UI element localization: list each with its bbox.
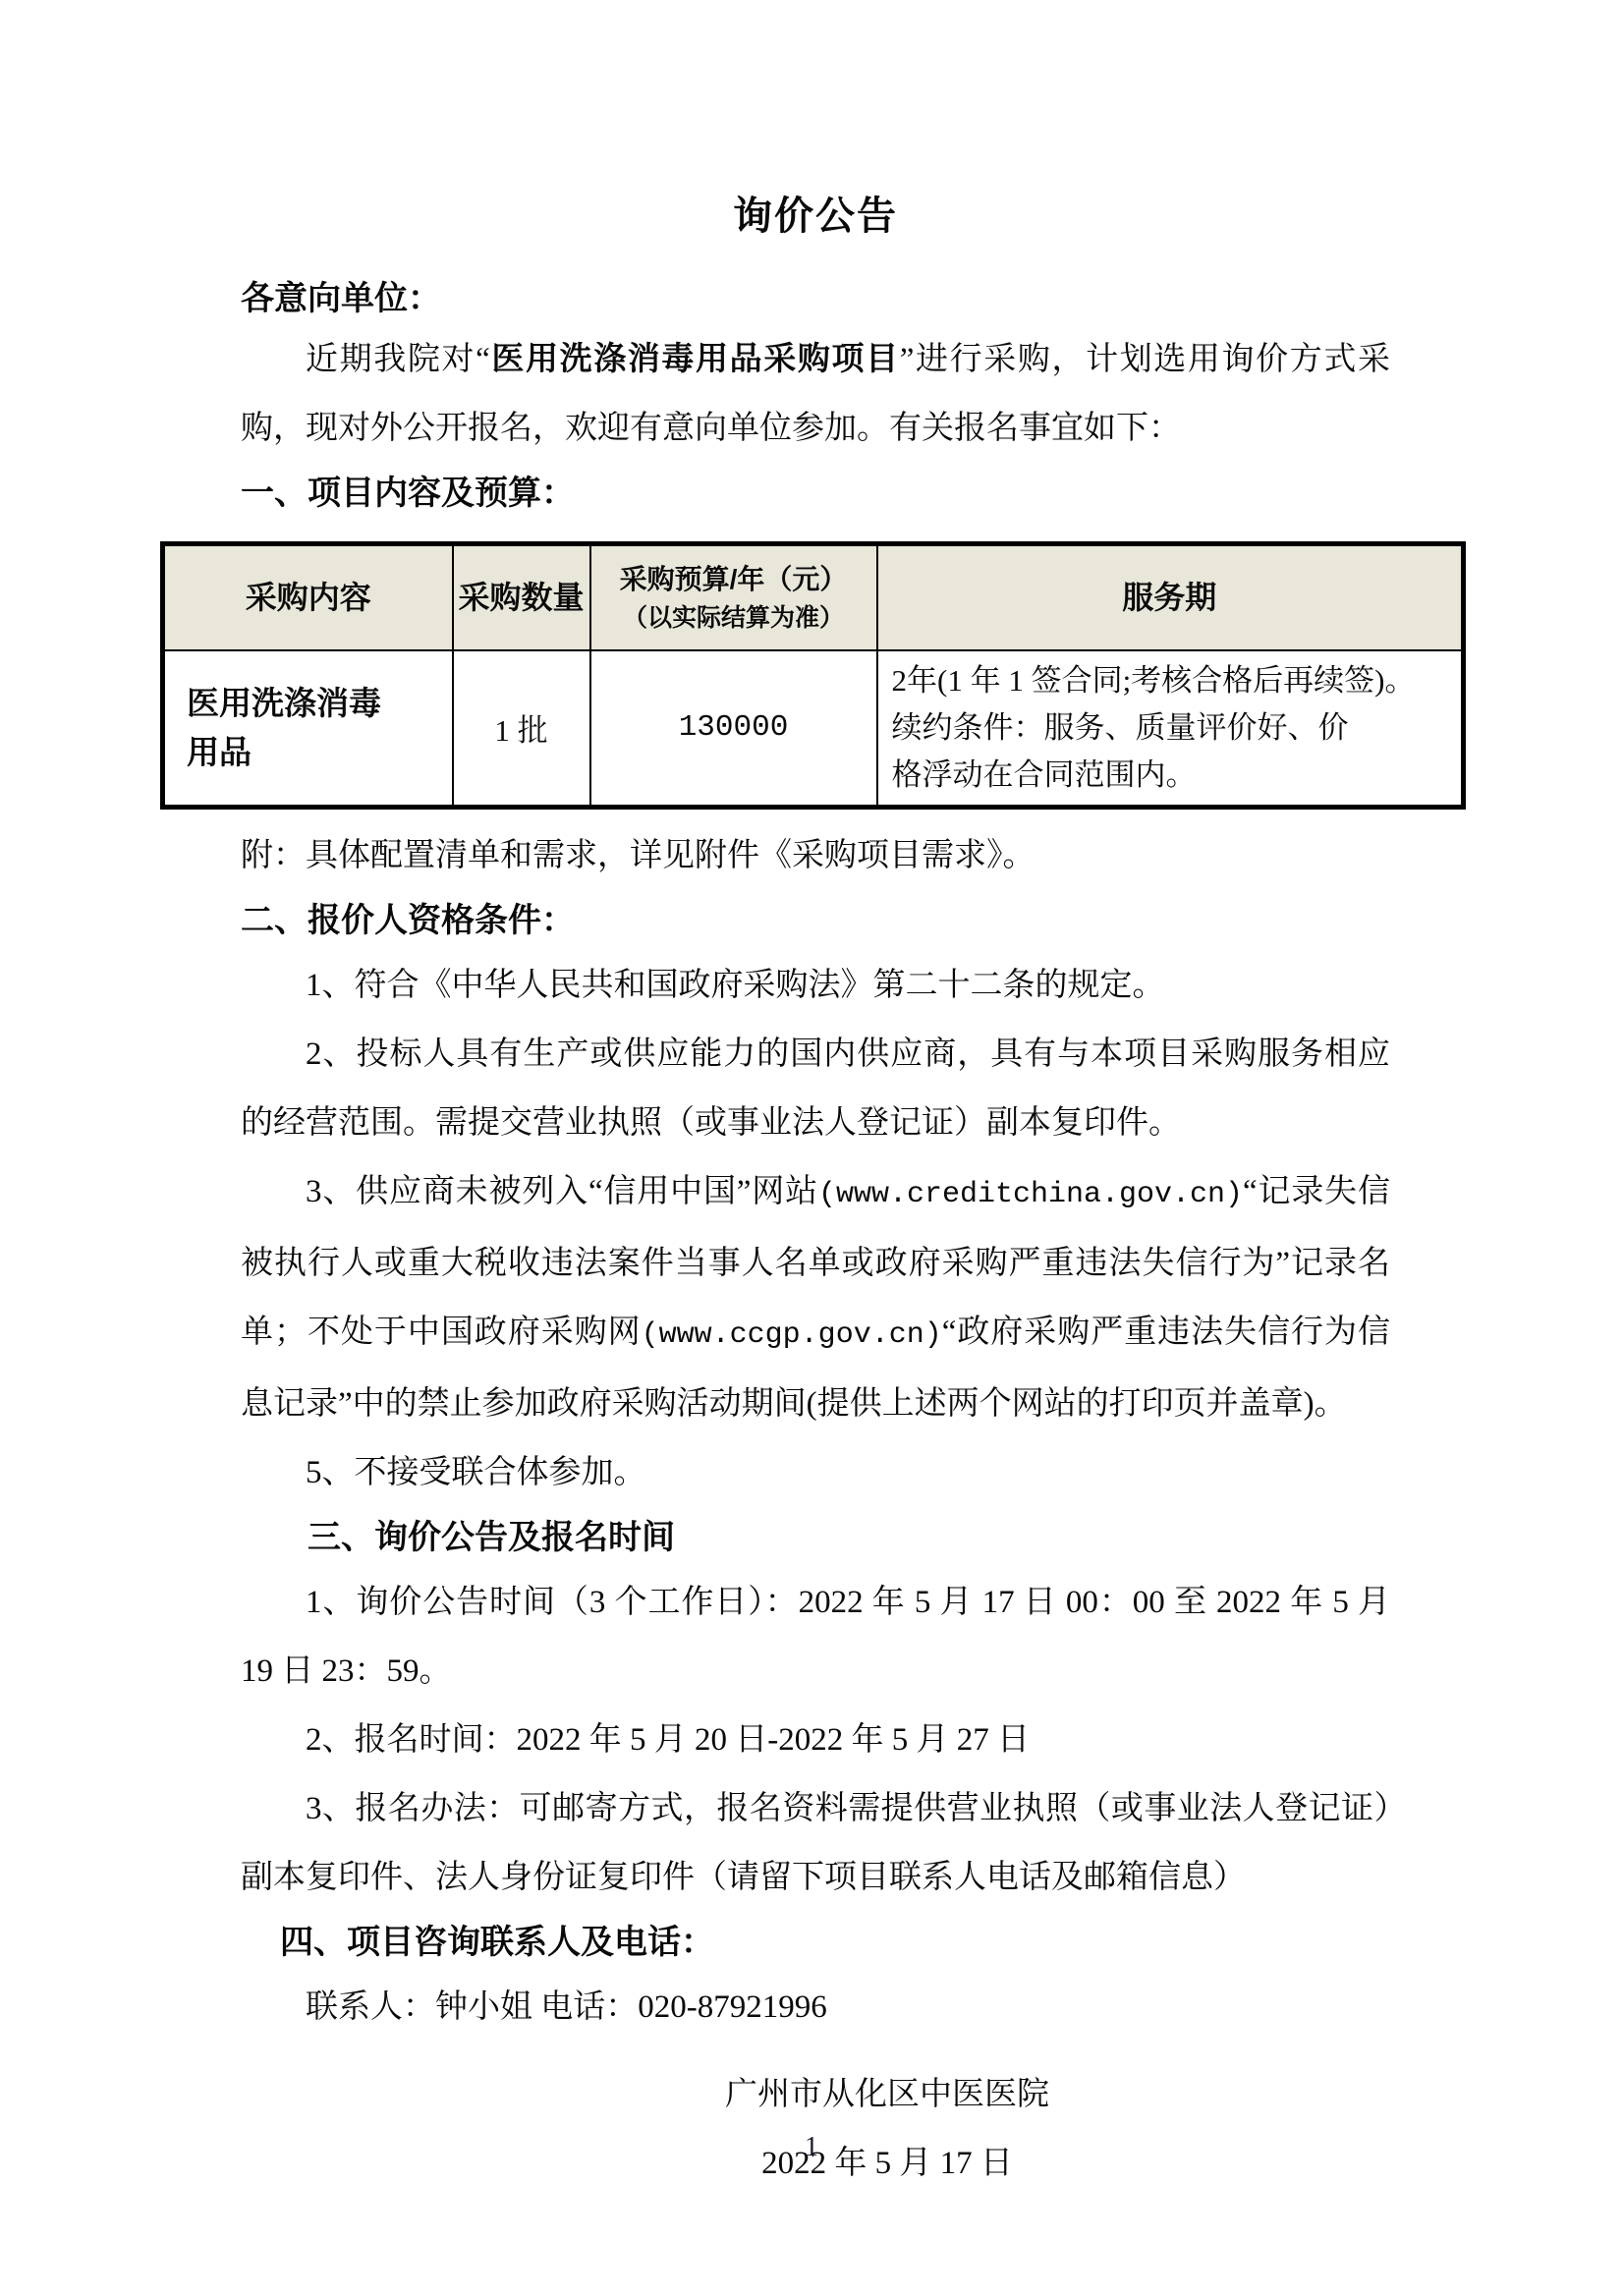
schedule-item-3: 3、报名办法：可邮寄方式，报名资料需提供营业执照（或事业法人登记证）副本复印件、…: [241, 1774, 1390, 1912]
qualification-item-2: 2、投标人具有生产或供应能力的国内供应商，具有与本项目采购服务相应的经营范围。需…: [241, 1020, 1390, 1157]
intro-text-pre: 近期我院对“: [306, 342, 490, 377]
item3-text-1: 3、供应商未被列入“信用中国”网站: [306, 1174, 818, 1209]
signature-block: 广州市从化区中医医院 2022 年 5 月 17 日: [612, 2067, 1162, 2191]
header-budget-line2: （以实际结算为准）: [591, 600, 876, 636]
section1-heading: 一、项目内容及预算：: [241, 463, 1390, 524]
attachment-note: 附：具体配置清单和需求，详见附件《采购项目需求》。: [241, 821, 1390, 890]
qualification-item-5: 5、不接受联合体参加。: [241, 1438, 1390, 1507]
schedule-item-1: 1、询价公告时间（3 个工作日）：2022 年 5 月 17 日 00：00 至…: [241, 1568, 1390, 1706]
ccgp-url: (www.ccgp.gov.cn): [642, 1318, 942, 1352]
contact-line: 联系人：钟小姐 电话：020-87921996: [241, 1973, 1390, 2042]
table-header-row: 采购内容 采购数量 采购预算/年（元）（以实际结算为准） 服务期: [163, 544, 1464, 650]
table-row: 医用洗涤消毒 用品 1 批 130000 2年(1 年 1 签合同;考核合格后再…: [163, 650, 1464, 808]
header-budget-line1: 采购预算/年（元）: [591, 559, 876, 600]
cell-budget: 130000: [590, 650, 877, 808]
procurement-table: 采购内容 采购数量 采购预算/年（元）（以实际结算为准） 服务期 医用洗涤消毒 …: [160, 541, 1466, 810]
header-quantity: 采购数量: [453, 544, 590, 650]
cell-service-period: 2年(1 年 1 签合同;考核合格后再续签)。 续约条件：服务、质量评价好、价 …: [877, 650, 1464, 808]
page-number: 1: [0, 2132, 1623, 2163]
cell-quantity: 1 批: [453, 650, 590, 808]
schedule-item-2: 2、报名时间：2022 年 5 月 20 日-2022 年 5 月 27 日: [241, 1706, 1390, 1774]
qualification-item-1: 1、符合《中华人民共和国政府采购法》第二十二条的规定。: [241, 951, 1390, 1020]
header-content: 采购内容: [163, 544, 453, 650]
project-name: 医用洗涤消毒用品采购项目: [490, 340, 900, 376]
section3-heading: 三、询价公告及报名时间: [241, 1507, 1390, 1568]
signature-organization: 广州市从化区中医医院: [612, 2067, 1162, 2122]
creditchina-url: (www.creditchina.gov.cn): [818, 1178, 1243, 1211]
qualification-item-3: 3、供应商未被列入“信用中国”网站(www.creditchina.gov.cn…: [241, 1157, 1390, 1438]
section4-heading: 四、项目咨询联系人及电话：: [241, 1912, 1390, 1973]
intro-paragraph: 近期我院对“医用洗涤消毒用品采购项目”进行采购，计划选用询价方式采购，现对外公开…: [241, 324, 1390, 463]
doc-title: 询价公告: [241, 189, 1390, 244]
header-service-period: 服务期: [877, 544, 1464, 650]
header-budget: 采购预算/年（元）（以实际结算为准）: [590, 544, 877, 650]
document-page: { "title": "询价公告", "salutation": "各意向单位：…: [0, 0, 1623, 2296]
cell-procurement-content: 医用洗涤消毒 用品: [163, 650, 453, 808]
section2-heading: 二、报价人资格条件：: [241, 890, 1390, 951]
salutation: 各意向单位：: [241, 273, 1390, 324]
